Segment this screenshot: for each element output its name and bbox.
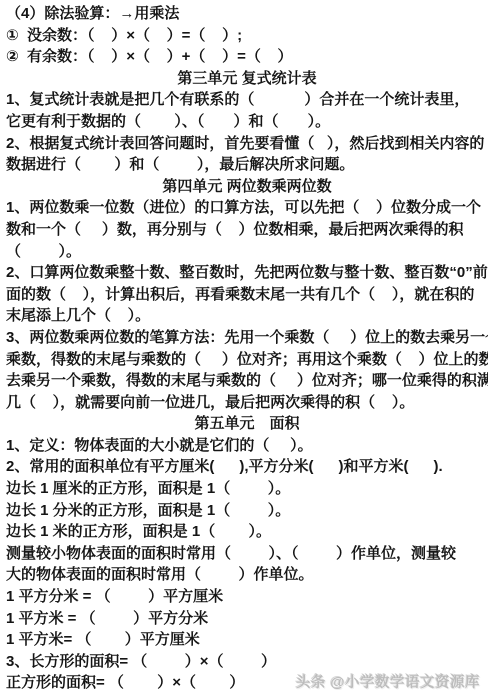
text-line: 面的数（ ），计算出积后，再看乘数末尾一共有几个（ ），就在积的 [6, 284, 488, 306]
text-line: 几（ ），就需要向前一位进几，最后把两次乘得的积（ ）。 [6, 392, 488, 414]
text-line: ② 有余数：（ ）×（ ）+（ ）=（ ） [6, 46, 488, 68]
text-line: 2、常用的面积单位有平方厘米( ),平方分米( )和平方米( ). [6, 456, 488, 478]
text-line: 它更有利于数据的（ ）、（ ）和（ ）。 [6, 111, 488, 133]
text-line: ① 没余数：（ ）×（ ）=（ ）; [6, 25, 488, 47]
text-line: 末尾添上几个（ ）。 [6, 305, 488, 327]
worksheet-document: （4）除法验算：→用乘法① 没余数：（ ）×（ ）=（ ）;② 有余数：（ ）×… [0, 0, 492, 697]
text-line: 1、两位数乘一位数（进位）的口算方法，可以先把（ ）位数分成一个（ ） [6, 197, 488, 219]
text-line: 2、口算两位数乘整十数、整百数时，先把两位数与整十数、整百数“0”前 [6, 262, 488, 284]
text-line: 3、两位数乘两位数的笔算方法：先用一个乘数（ ）位上的数去乘另一个 [6, 327, 488, 349]
section-heading: 第五单元 面积 [6, 413, 488, 435]
text-line: （4）除法验算：→用乘法 [6, 3, 488, 25]
section-heading: 第三单元 复式统计表 [6, 68, 488, 90]
text-line: 1 平方分米 = （ ）平方厘米 [6, 586, 488, 608]
text-line: 数和一个（ ）数，再分别与（ ）位数相乘，最后把两次乘得的积 [6, 219, 488, 241]
text-line: 去乘另一个乘数，得数的末尾与乘数的（ ）位对齐；哪一位乘得的积满 [6, 370, 488, 392]
text-line: 1、复式统计表就是把几个有联系的（ ）合并在一个统计表里， [6, 89, 488, 111]
text-line: 1 平方米 = （ ）平方分米 [6, 608, 488, 630]
text-line: （ ）。 [6, 241, 488, 263]
text-line: 3、长方形的面积= （ ）×（ ） [6, 651, 488, 673]
watermark-credit: 头条 @小学数学语文资源库 [296, 671, 480, 692]
text-line: 2、根据复式统计表回答问题时，首先要看懂（ ），然后找到相关内容的 [6, 133, 488, 155]
text-line: 边长 1 厘米的正方形，面积是 1（ ）。 [6, 478, 488, 500]
text-line: 测量较小物体表面的面积时常用（ ）、（ ）作单位，测量较 [6, 543, 488, 565]
text-line: 边长 1 分米的正方形，面积是 1（ ）。 [6, 500, 488, 522]
worksheet-text-lines: （4）除法验算：→用乘法① 没余数：（ ）×（ ）=（ ）;② 有余数：（ ）×… [6, 3, 488, 694]
text-line: 数据进行（ ）和（ ），最后解决所求问题。 [6, 154, 488, 176]
text-line: 1、定义：物体表面的大小就是它们的（ ）。 [6, 435, 488, 457]
text-line: 大的物体表面的面积时常用（ ）作单位。 [6, 564, 488, 586]
text-line: 边长 1 米的正方形，面积是 1（ ）。 [6, 521, 488, 543]
text-line: 1 平方米= （ ）平方厘米 [6, 629, 488, 651]
section-heading: 第四单元 两位数乘两位数 [6, 176, 488, 198]
text-line: 乘数，得数的末尾与乘数的（ ）位对齐；再用这个乘数（ ）位上的数 [6, 349, 488, 371]
